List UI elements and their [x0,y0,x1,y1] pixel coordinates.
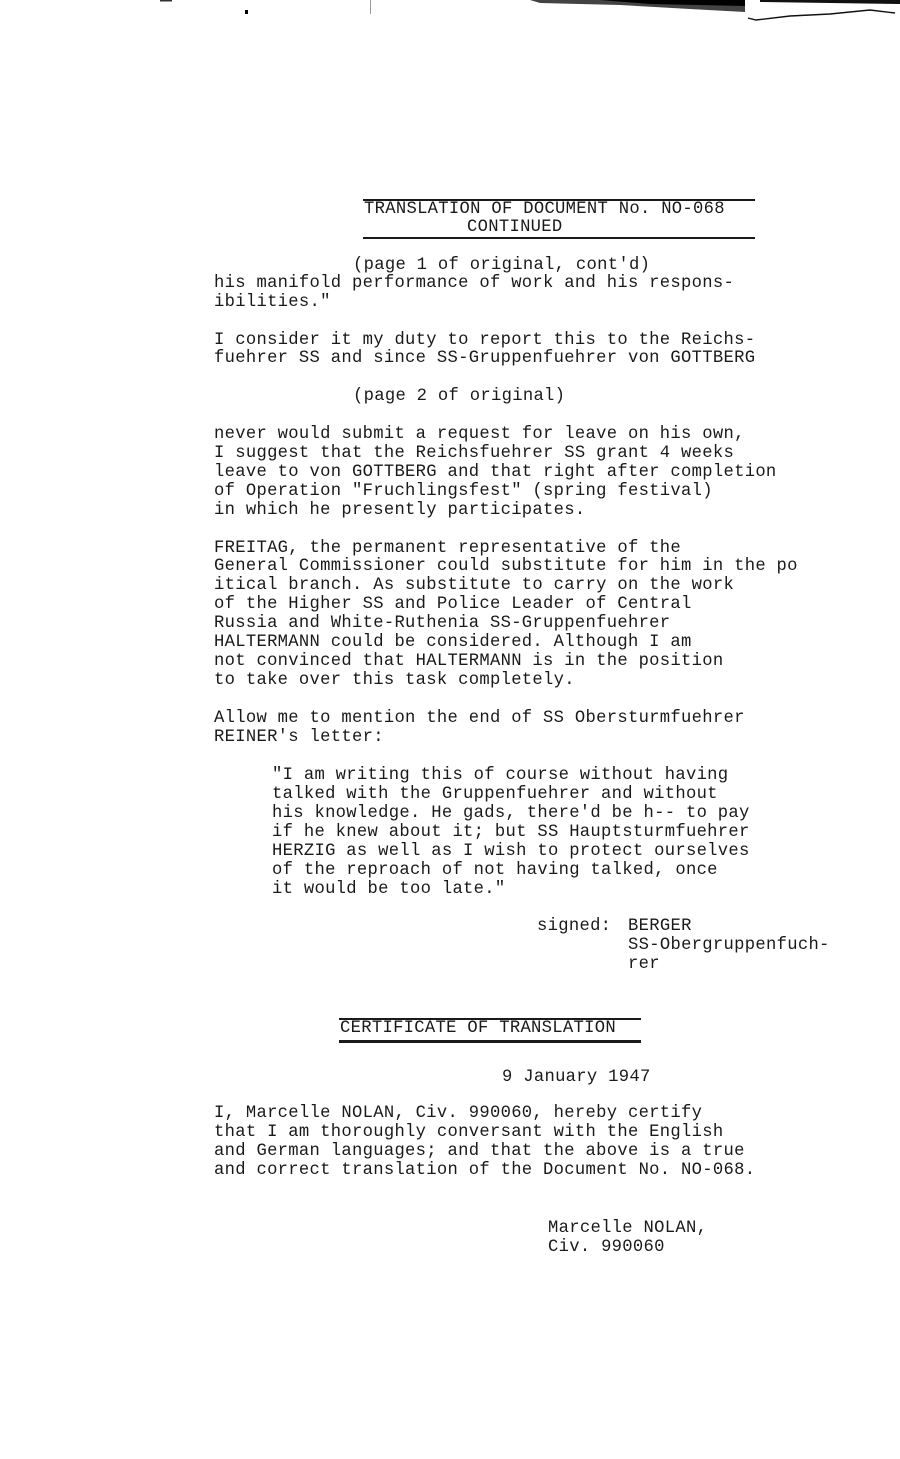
quote-line: "I am writing this of course without hav… [272,766,728,785]
paragraph-line: never would submit a request for leave o… [214,425,745,444]
paragraph-line: fuehrer SS and since SS-Gruppenfuehrer v… [214,349,755,368]
document-subtitle: CONTINUED [467,218,563,237]
paragraph-line: HALTERMANN could be considered. Although… [214,633,692,652]
quote-line: talked with the Gruppenfuehrer and witho… [272,785,718,804]
quote-line: HERZIG as well as I wish to protect ours… [272,842,750,861]
certificate-text-line: I, Marcelle NOLAN, Civ. 990060, hereby c… [214,1104,702,1123]
signer-name: BERGER [628,917,692,936]
page-note-2: (page 2 of original) [353,387,565,406]
header-bottom-rule [363,237,755,239]
page-note-1: (page 1 of original, cont'd) [353,256,650,275]
scan-edge-artifact [0,0,900,30]
translator-name: Marcelle NOLAN, [548,1219,707,1238]
paragraph-line: I consider it my duty to report this to … [214,331,755,350]
paragraph-line: of Operation "Fruchlingsfest" (spring fe… [214,482,713,501]
paragraph-line: in which he presently participates. [214,501,586,520]
certificate-title: CERTIFICATE OF TRANSLATION [340,1019,616,1038]
paragraph-line: Russia and White-Ruthenia SS-Gruppenfueh… [214,614,670,633]
document-title: TRANSLATION OF DOCUMENT No. NO-068 [364,200,725,219]
paragraph-line: of the Higher SS and Police Leader of Ce… [214,595,692,614]
translator-id: Civ. 990060 [548,1238,665,1257]
paragraph-line: leave to von GOTTBERG and that right aft… [214,463,777,482]
paragraph-line: General Commissioner could substitute fo… [214,557,798,576]
certificate-date: 9 January 1947 [502,1068,651,1087]
certificate-text-line: that I am thoroughly conversant with the… [214,1123,723,1142]
paragraph-line: ibilities." [214,293,331,312]
certificate-text-line: and German languages; and that the above… [214,1142,745,1161]
paragraph-line: REINER's letter: [214,728,384,747]
quote-line: his knowledge. He gads, there'd be h-- t… [272,804,750,823]
signed-label: signed: [537,917,611,936]
paragraph-line: I suggest that the Reichsfuehrer SS gran… [214,444,734,463]
paragraph-line: Allow me to mention the end of SS Oberst… [214,709,745,728]
certificate-text-line: and correct translation of the Document … [214,1161,755,1180]
quote-line: if he knew about it; but SS Hauptsturmfu… [272,823,750,842]
paragraph-line: not convinced that HALTERMANN is in the … [214,652,723,671]
quote-line: it would be too late." [272,880,506,899]
quote-line: of the reproach of not having talked, on… [272,861,718,880]
paragraph-line: his manifold performance of work and his… [214,274,734,293]
paragraph-line: FREITAG, the permanent representative of… [214,539,681,558]
signer-rank-cont: rer [628,955,660,974]
paragraph-line: to take over this task completely. [214,671,575,690]
paragraph-line: itical branch. As substitute to carry on… [214,576,734,595]
signer-rank: SS-Obergruppenfuch- [628,936,830,955]
